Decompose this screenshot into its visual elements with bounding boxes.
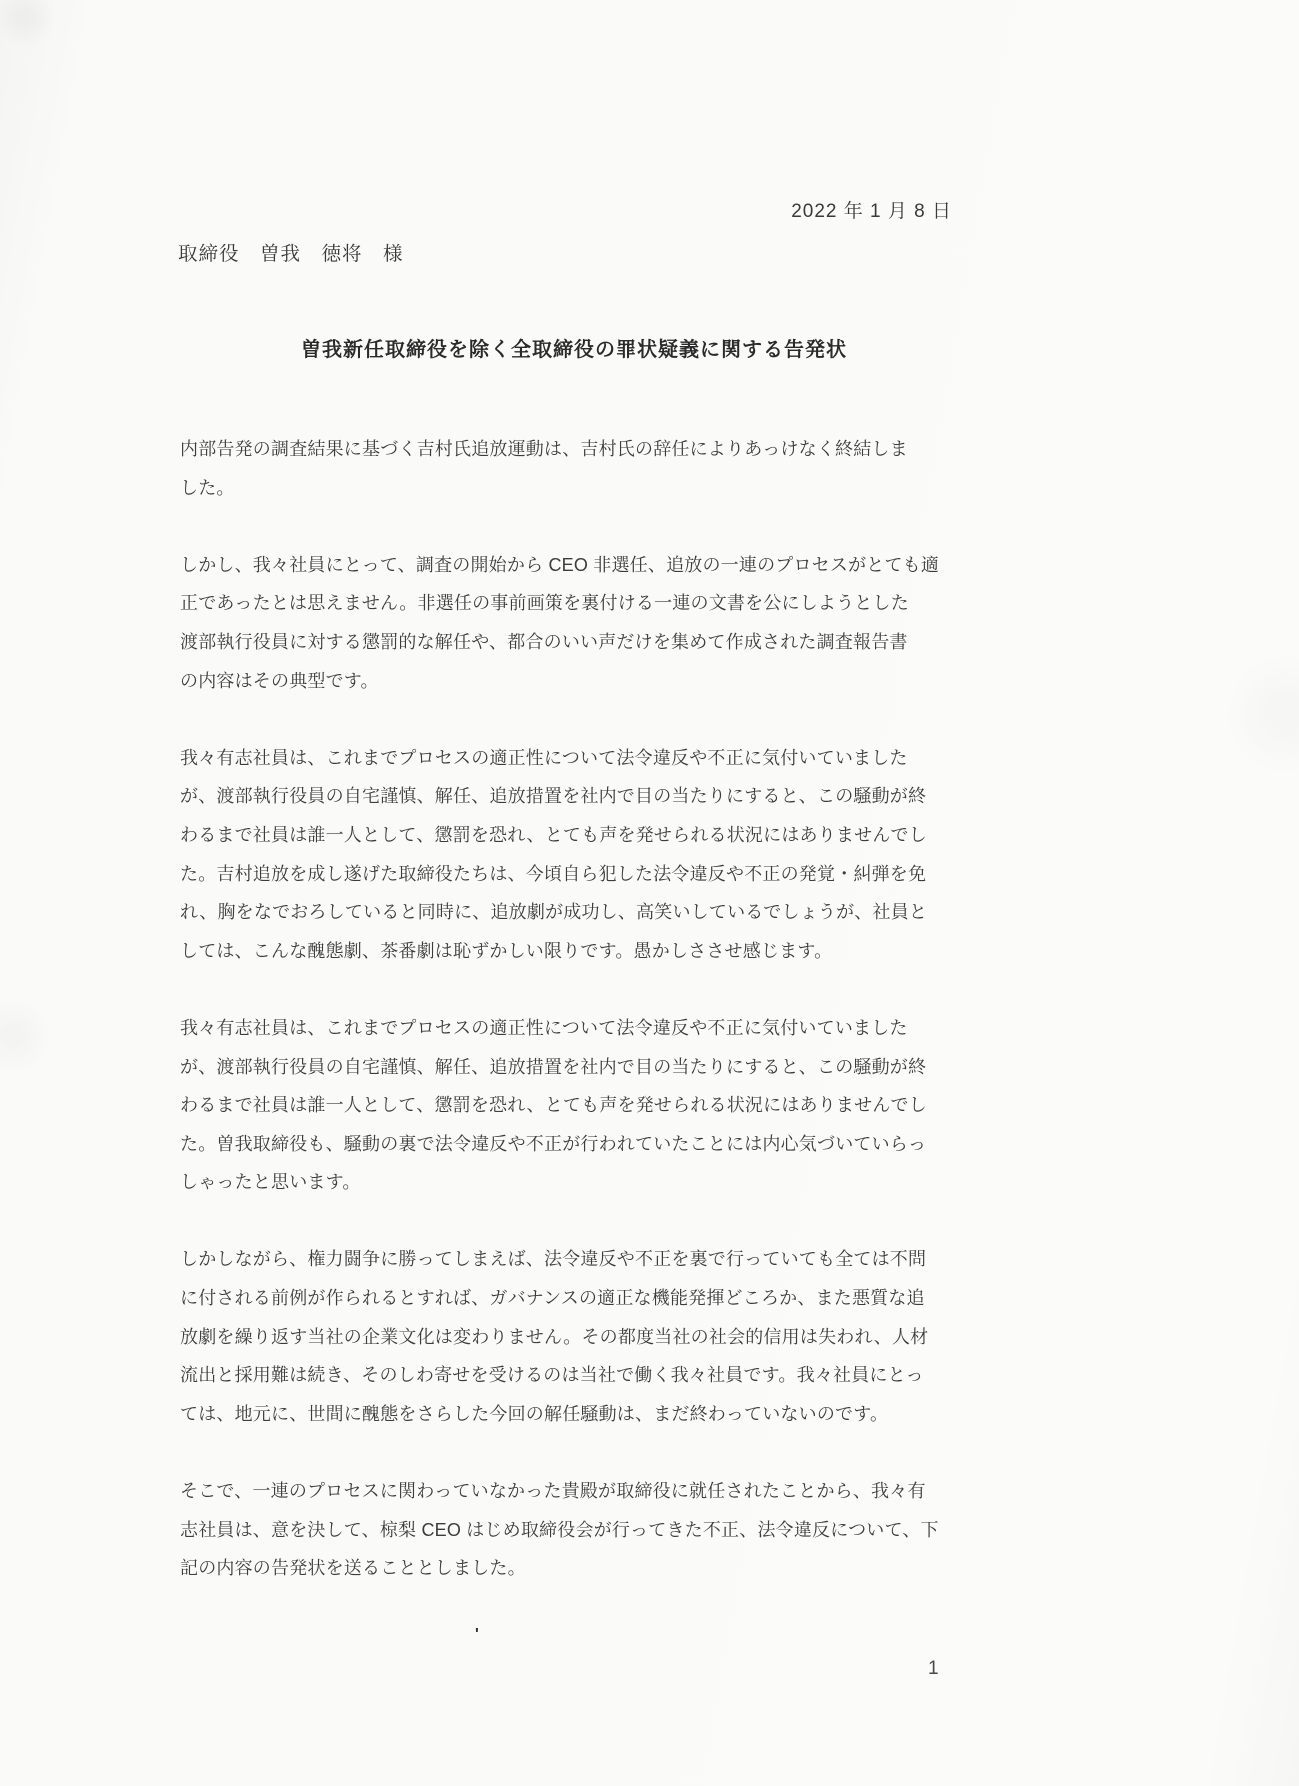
stray-ink-mark: ' bbox=[475, 1626, 479, 1644]
body-paragraph: しかし、我々社員にとって、調査の開始から CEO 非選任、追放の一連のプロセスが… bbox=[180, 546, 972, 700]
body-paragraph: 我々有志社員は、これまでプロセスの適正性について法令違反や不正に気付いていました… bbox=[180, 1009, 972, 1202]
addressee-line: 取締役 曽我 徳将 様 bbox=[178, 238, 404, 266]
body-paragraph: そこで、一連のプロセスに関わっていなかった貴殿が取締役に就任されたことから、我々… bbox=[180, 1472, 972, 1588]
document-title: 曽我新任取締役を除く全取締役の罪状疑義に関する告発状 bbox=[178, 333, 970, 362]
document-body: 内部告発の調査結果に基づく吉村氏追放運動は、吉村氏の辞任によりあっけなく終結しま… bbox=[180, 430, 972, 1626]
page-number: 1 bbox=[928, 1658, 939, 1680]
scanned-document-page: 2022 年 1 月 8 日 取締役 曽我 徳将 様 曽我新任取締役を除く全取締… bbox=[0, 0, 1299, 1786]
body-paragraph: 内部告発の調査結果に基づく吉村氏追放運動は、吉村氏の辞任によりあっけなく終結しま… bbox=[180, 430, 972, 507]
document-date: 2022 年 1 月 8 日 bbox=[180, 196, 952, 223]
body-paragraph: しかしながら、権力闘争に勝ってしまえば、法令違反や不正を裏で行っていても全ては不… bbox=[180, 1240, 972, 1433]
body-paragraph: 我々有志社員は、これまでプロセスの適正性について法令違反や不正に気付いていました… bbox=[180, 739, 972, 971]
